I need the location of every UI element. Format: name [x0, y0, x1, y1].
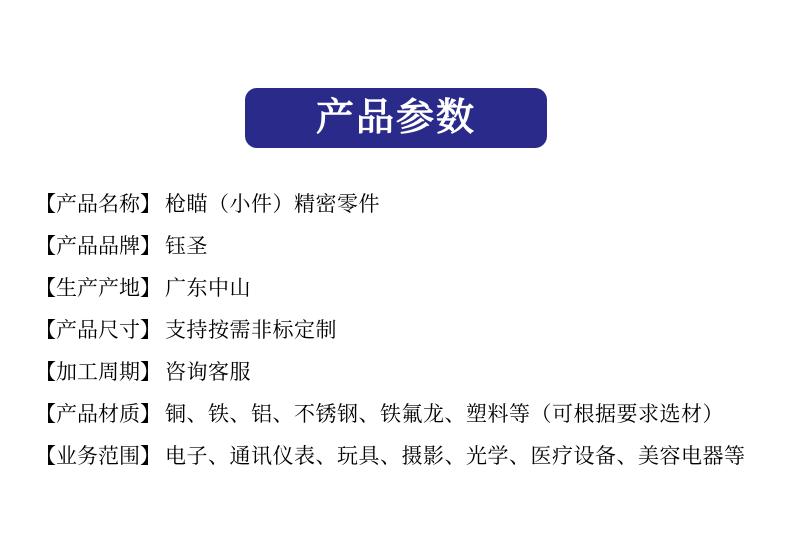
section-title: 产品参数 — [316, 99, 476, 137]
product-parameters-page: 产品参数 【产品名称】 枪瞄（小件）精密零件 【产品品牌】 钰圣 【生产产地】 … — [0, 0, 790, 543]
spec-row-product-brand: 【产品品牌】 钰圣 — [35, 224, 770, 266]
spec-value: 电子、通讯仪表、玩具、摄影、光学、医疗设备、美容电器等 — [165, 440, 746, 470]
spec-list: 【产品名称】 枪瞄（小件）精密零件 【产品品牌】 钰圣 【生产产地】 广东中山 … — [35, 182, 770, 476]
spec-label: 【生产产地】 — [35, 272, 161, 302]
spec-value: 咨询客服 — [165, 356, 251, 386]
spec-row-business-scope: 【业务范围】 电子、通讯仪表、玩具、摄影、光学、医疗设备、美容电器等 — [35, 434, 770, 476]
spec-label: 【业务范围】 — [35, 440, 161, 470]
spec-label: 【加工周期】 — [35, 356, 161, 386]
spec-row-product-material: 【产品材质】 铜、铁、铝、不锈钢、铁氟龙、塑料等（可根据要求选材） — [35, 392, 770, 434]
spec-label: 【产品尺寸】 — [35, 314, 161, 344]
spec-label: 【产品名称】 — [35, 188, 161, 218]
spec-row-processing-cycle: 【加工周期】 咨询客服 — [35, 350, 770, 392]
spec-row-product-size: 【产品尺寸】 支持按需非标定制 — [35, 308, 770, 350]
spec-value: 铜、铁、铝、不锈钢、铁氟龙、塑料等（可根据要求选材） — [165, 398, 724, 428]
spec-row-product-name: 【产品名称】 枪瞄（小件）精密零件 — [35, 182, 770, 224]
spec-value: 枪瞄（小件）精密零件 — [165, 188, 380, 218]
spec-value: 钰圣 — [165, 230, 208, 260]
spec-value: 支持按需非标定制 — [165, 314, 337, 344]
spec-value: 广东中山 — [165, 272, 251, 302]
section-title-banner: 产品参数 — [245, 88, 547, 148]
spec-label: 【产品品牌】 — [35, 230, 161, 260]
spec-label: 【产品材质】 — [35, 398, 161, 428]
spec-row-production-place: 【生产产地】 广东中山 — [35, 266, 770, 308]
